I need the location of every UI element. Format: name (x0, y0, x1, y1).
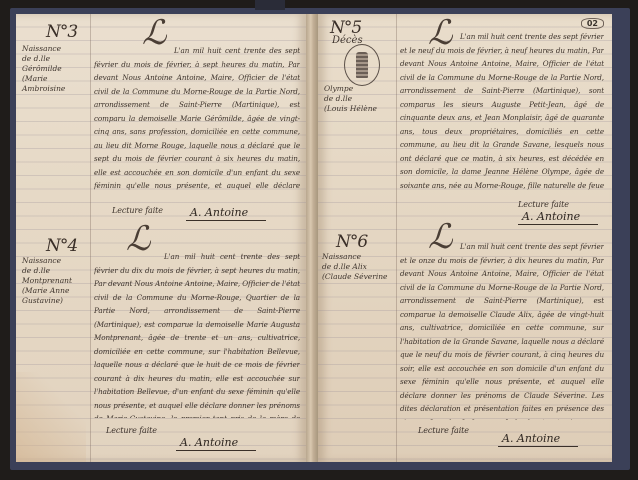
margin-note: Naissance de d.lle Montprenant (Marie An… (22, 256, 90, 306)
margin-note: Olympe de d.lle (Louis Hélène (324, 84, 396, 114)
margin-note: Naissance de d.lle Alix (Claude Séverine (322, 252, 396, 282)
margin-note: Naissance de d.lle Gérômilde (Marie Ambr… (22, 44, 90, 94)
entry-body-text: L'an mil huit cent trente des sept févri… (94, 44, 300, 196)
officer-signature: A. Antoine (498, 432, 578, 447)
entry-number: N°6 (336, 232, 367, 252)
entry-body-text: L'an mil huit cent trente des sept févri… (94, 250, 300, 418)
right-page: 02 N°5 Décès Olympe de d.lle (Louis Hélè… (318, 14, 612, 462)
officer-signature: A. Antoine (176, 436, 256, 451)
page-stain (16, 372, 86, 462)
margin-line (90, 14, 91, 462)
entry-number: N°4 (46, 236, 77, 256)
municipal-seal-stamp (344, 44, 380, 86)
seal-emblem-icon (356, 52, 368, 78)
margin-line (396, 14, 397, 462)
entry-closing: Lecture faite (418, 424, 469, 438)
entry-body-text: L'an mil huit cent trente des sept févri… (400, 30, 604, 194)
officer-signature: A. Antoine (518, 210, 598, 225)
officer-signature: A. Antoine (186, 206, 266, 221)
entry-number: N°3 (46, 22, 77, 42)
spine-top (255, 0, 285, 10)
left-page: N°3 Naissance de d.lle Gérômilde (Marie … (16, 14, 306, 462)
entry-closing: Lecture faite (112, 204, 163, 218)
page-gutter (306, 14, 318, 462)
page-number: 02 (581, 18, 604, 29)
entry-body-text: L'an mil huit cent trente des sept févri… (400, 240, 604, 420)
entry-closing: Lecture faite (106, 424, 157, 438)
